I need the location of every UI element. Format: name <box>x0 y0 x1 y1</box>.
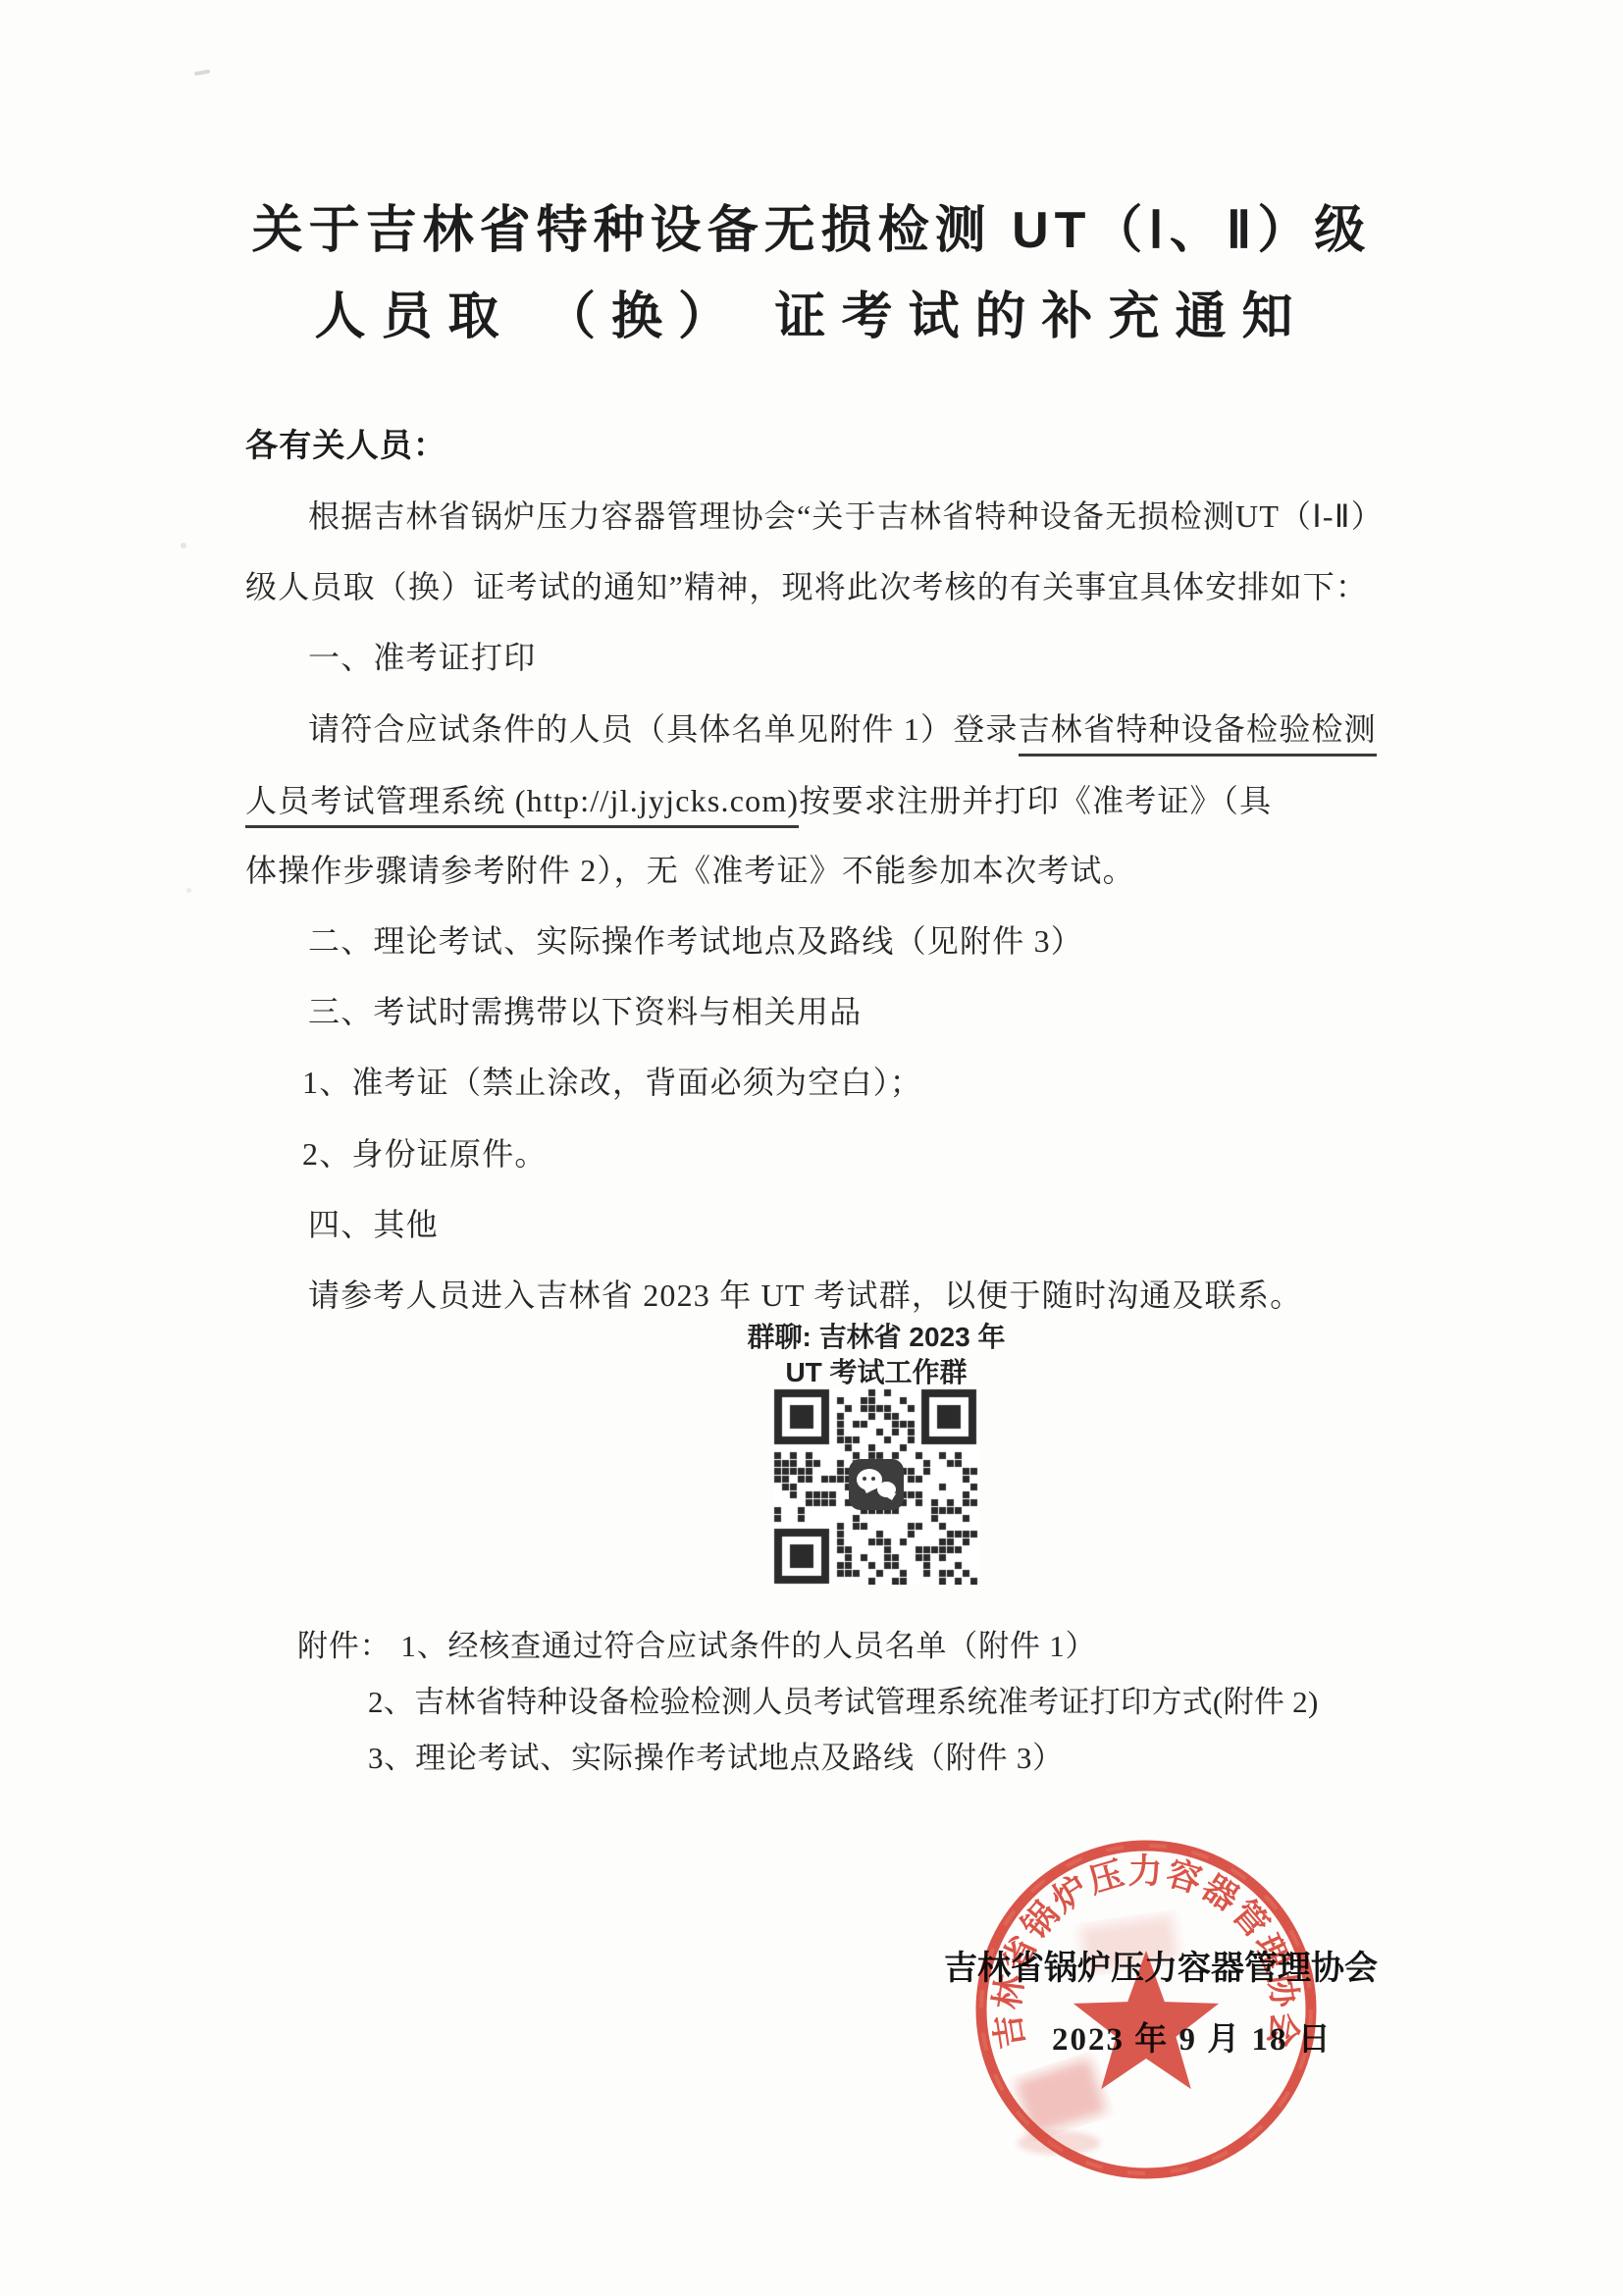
section4-heading: 四、其他 <box>245 1204 1403 1245</box>
seal-ink-smudge <box>1015 2058 1107 2136</box>
section3-item-2: 2、身份证原件。 <box>245 1133 1403 1174</box>
qr-caption-line2: UT 考试工作群 <box>680 1355 1073 1390</box>
section1-line-1: 请符合应试条件的人员（具体名单见附件 1）登录吉林省特种设备检验检测 <box>245 708 1403 750</box>
bubble-eye <box>863 1477 866 1481</box>
section2-heading: 二、理论考试、实际操作考试地点及路线（见附件 3） <box>245 920 1403 962</box>
notice-title-line2: 人员取 （换） 证考试的补充通知 <box>0 275 1623 348</box>
system-url-underlined: 人员考试管理系统 (http://jl.jyjcks.com) <box>245 783 799 828</box>
scan-artifact <box>181 543 186 548</box>
intro-line-2: 级人员取（换）证考试的通知”精神，现将此次考核的有关事宜具体安排如下： <box>245 566 1403 607</box>
section3-heading: 三、考试时需携带以下资料与相关用品 <box>245 991 1403 1032</box>
section1-line-2: 人员考试管理系统 (http://jl.jyjcks.com)按要求注册并打印《… <box>245 780 1403 821</box>
intro-line-1: 根据吉林省锅炉压力容器管理协会“关于吉林省特种设备无损检测UT（Ⅰ-Ⅱ） <box>245 496 1403 537</box>
wechat-icon <box>849 1459 904 1510</box>
seal-ink-smudge <box>1018 2131 1100 2155</box>
scanned-notice-page: 关于吉林省特种设备无损检测 UT（Ⅰ、Ⅱ）级 人员取 （换） 证考试的补充通知 … <box>0 0 1623 2296</box>
notice-title-line1: 关于吉林省特种设备无损检测 UT（Ⅰ、Ⅱ）级 <box>0 188 1623 262</box>
section1-line-3: 体操作步骤请参考附件 2），无《准考证》不能参加本次考试。 <box>245 850 1403 891</box>
attachments-line-1: 附件：1、经核查通过符合应试条件的人员名单（附件 1） <box>297 1626 1514 1667</box>
attachment-item-3: 3、理论考试、实际操作考试地点及路线（附件 3） <box>368 1738 1585 1779</box>
bubble-tail <box>885 1493 900 1508</box>
official-red-seal: 吉林省锅炉压力容器管理协会 <box>965 1831 1328 2189</box>
seal-star <box>1073 1951 1219 2089</box>
section4-line-1: 请参考人员进入吉林省 2023 年 UT 考试群，以便于随时沟通及联系。 <box>245 1275 1403 1316</box>
bubble-tail <box>859 1486 873 1500</box>
section1-line2-text: 按要求注册并打印《准考证》（具 <box>799 783 1272 818</box>
section3-item-1: 1、准考证（禁止涂改，背面必须为空白）； <box>245 1062 1403 1103</box>
section1-line1-text: 请符合应试条件的人员（具体名单见附件 1）登录 <box>308 711 1019 747</box>
salutation: 各有关人员： <box>245 425 1403 466</box>
attachments-label: 附件： <box>297 1629 391 1663</box>
qr-caption: 群聊: 吉林省 2023 年 UT 考试工作群 <box>680 1320 1073 1390</box>
system-name-underlined: 吉林省特种设备检验检测 <box>1019 711 1377 757</box>
scan-artifact <box>194 70 210 77</box>
scan-artifact <box>186 888 191 893</box>
section1-heading: 一、准考证打印 <box>245 637 1403 678</box>
attachment-item-2: 2、吉林省特种设备检验检测人员考试管理系统准考证打印方式(附件 2) <box>368 1682 1585 1723</box>
bubble-eye <box>871 1477 875 1481</box>
qr-caption-line1: 群聊: 吉林省 2023 年 <box>680 1320 1073 1355</box>
wechat-group-qr-code <box>773 1388 979 1585</box>
attachment-item-1: 1、经核查通过符合应试条件的人员名单（附件 1） <box>400 1629 1096 1663</box>
seal-ink-smudge <box>1079 1915 1178 1973</box>
